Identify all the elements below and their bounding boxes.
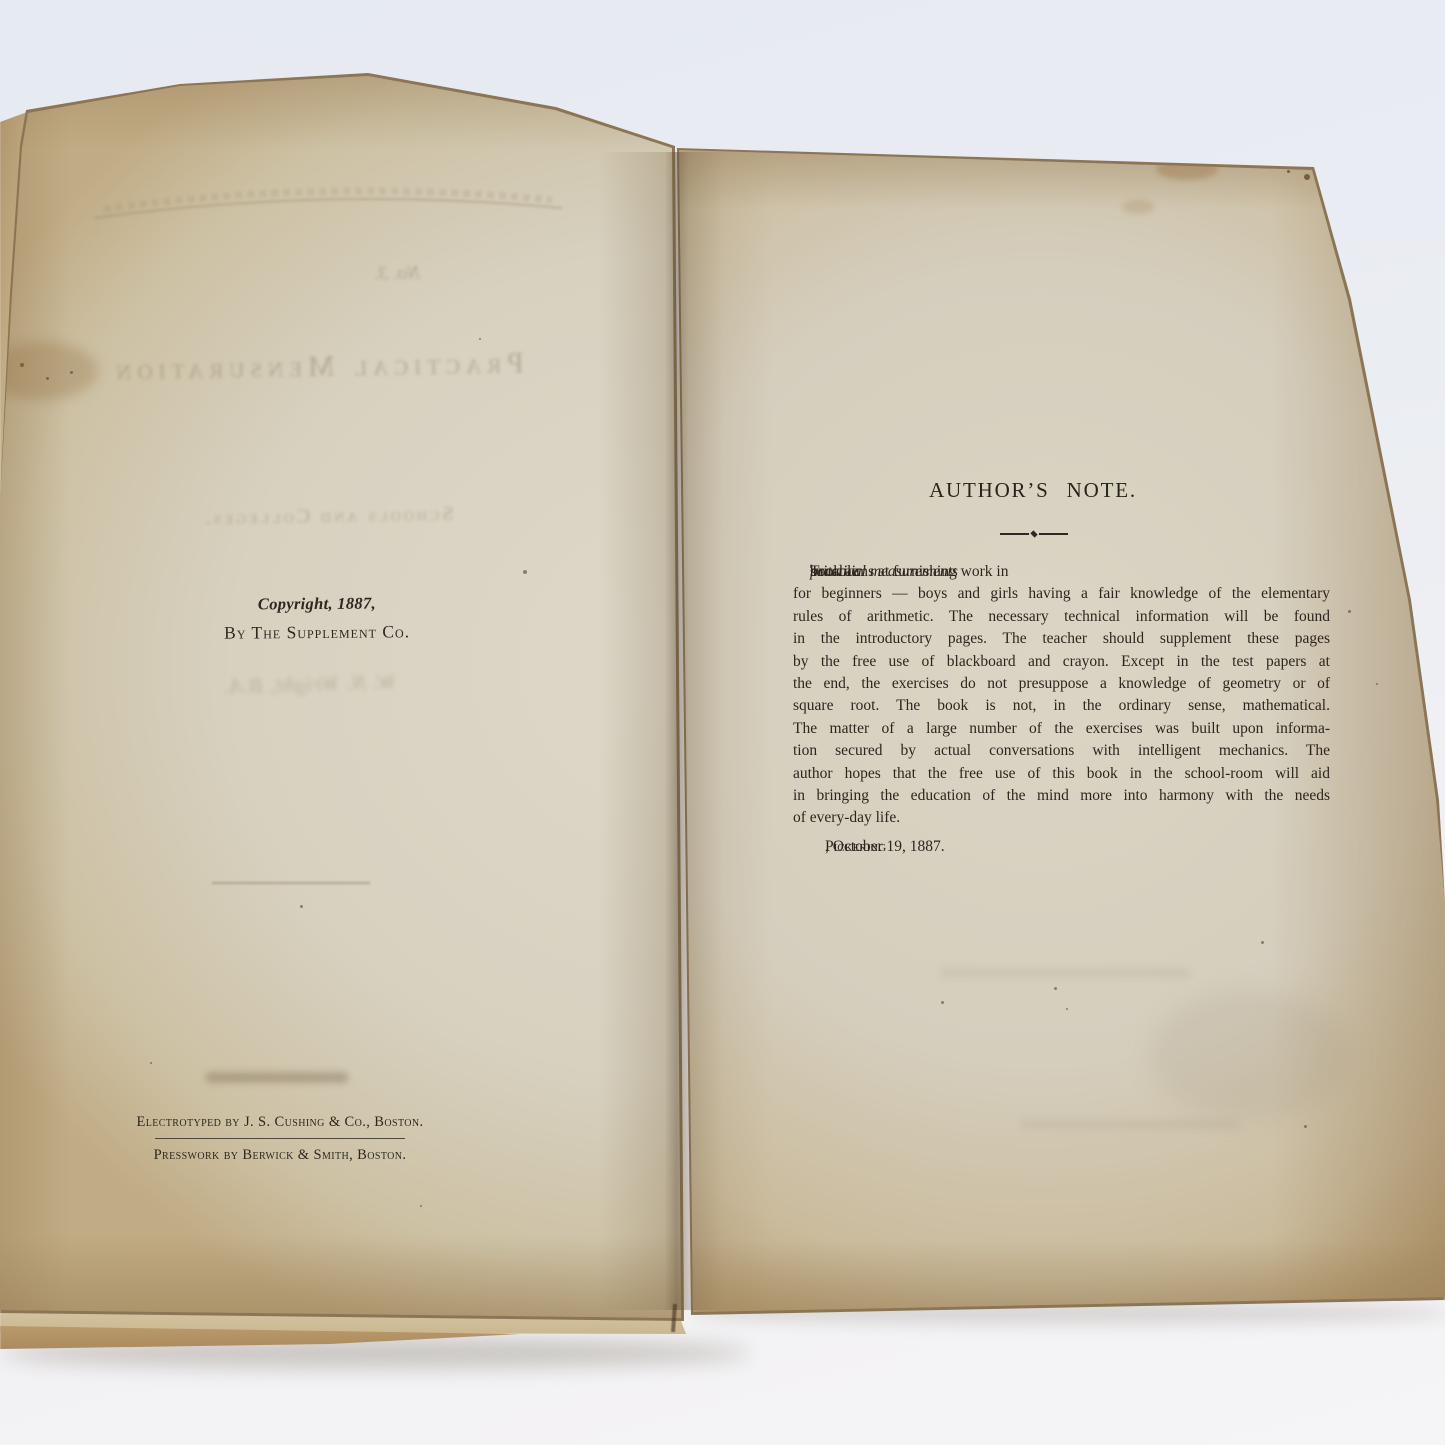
page-toning: [0, 1235, 700, 1320]
foxing-speck: [150, 1062, 152, 1064]
paragraph-line: rules of arithmetic. The necessary techn…: [793, 606, 1330, 628]
paragraph-line: for beginners — boys and girls having a …: [793, 583, 1330, 605]
copyright-holder: By The Supplement Co.: [167, 621, 467, 644]
paragraph-line: author hopes that the free use of this b…: [793, 763, 1330, 785]
paragraph-line: This book aims at furnishing work in pra…: [793, 561, 1330, 583]
paragraph-line: square root. The book is not, in the ord…: [793, 695, 1330, 717]
foxing-speck: [1348, 610, 1351, 613]
electrotyper-line: Electrotyped by J. S. Cushing & Co., Bos…: [108, 1114, 452, 1131]
foxing-speck: [300, 905, 303, 908]
ghost-subtitle: Schools and Colleges.: [156, 502, 500, 531]
ghost-script-header: [88, 178, 568, 230]
line-text: suitable: [810, 561, 858, 583]
page-shading: [1150, 990, 1350, 1120]
foxing-speck: [523, 570, 527, 574]
paragraph-line: tion secured by actual conversations wit…: [793, 740, 1330, 762]
paragraph-line: The matter of a large number of the exer…: [793, 718, 1330, 740]
page-toning: [670, 148, 1445, 210]
foxing-speck: [1376, 683, 1378, 685]
dateline-date: , October 19, 1887.: [825, 838, 945, 856]
paragraph-line: the end, the exercises do not presuppose…: [793, 673, 1330, 695]
foxing-stain: [1122, 200, 1154, 214]
ghost-title: Practical Mensuration: [70, 346, 565, 389]
ornament-rule: [1039, 533, 1068, 535]
foxing-speck: [1287, 170, 1290, 173]
ghost-author: W. N. Wright, B.A.: [162, 668, 457, 701]
showthrough-smudge: [940, 968, 1190, 978]
foxing-speck: [1304, 174, 1310, 180]
ghost-series-number: No. 3.: [352, 262, 442, 286]
foxing-speck: [1261, 941, 1264, 944]
note-paragraph: This book aims at furnishing work in pra…: [793, 561, 1330, 830]
page-title: AUTHOR’S NOTE.: [883, 478, 1183, 503]
paragraph-line: in bringing the education of the mind mo…: [793, 785, 1330, 807]
foxing-speck: [1304, 1125, 1307, 1128]
page-toning: [0, 70, 700, 150]
foxing-speck: [20, 363, 24, 367]
imprint-block: Electrotyped by J. S. Cushing & Co., Bos…: [108, 1114, 452, 1164]
copyright-block: Copyright, 1887, By The Supplement Co.: [167, 593, 467, 644]
presswork-line: Presswork by Berwick & Smith, Boston.: [108, 1147, 452, 1164]
foxing-stain: [1156, 158, 1218, 180]
copyright-year: Copyright, 1887,: [167, 593, 467, 615]
ornament-diamond: [1030, 530, 1037, 537]
showthrough-smudge: [1020, 1120, 1240, 1129]
book-photo: No. 3. Practical Mensuration Schools and…: [0, 0, 1445, 1445]
page-toning: [680, 1240, 1445, 1315]
ghost-rule: [212, 882, 370, 884]
foxing-speck: [1054, 987, 1057, 990]
foxing-speck: [420, 1205, 422, 1207]
imprint-divider: [155, 1138, 405, 1139]
paragraph-line: by the free use of blackboard and crayon…: [793, 651, 1330, 673]
paragraph-line: in the introductory pages. The teacher s…: [793, 628, 1330, 650]
foxing-speck: [1066, 1008, 1068, 1010]
foxing-speck: [941, 1001, 944, 1004]
foxing-speck: [46, 377, 49, 380]
ghost-publisher-smudge: [206, 1072, 348, 1083]
foxing-speck: [479, 338, 481, 340]
section-ornament: [1000, 530, 1068, 538]
ornament-rule: [1000, 533, 1029, 535]
paragraph-line: of every-day life.: [793, 807, 1330, 829]
